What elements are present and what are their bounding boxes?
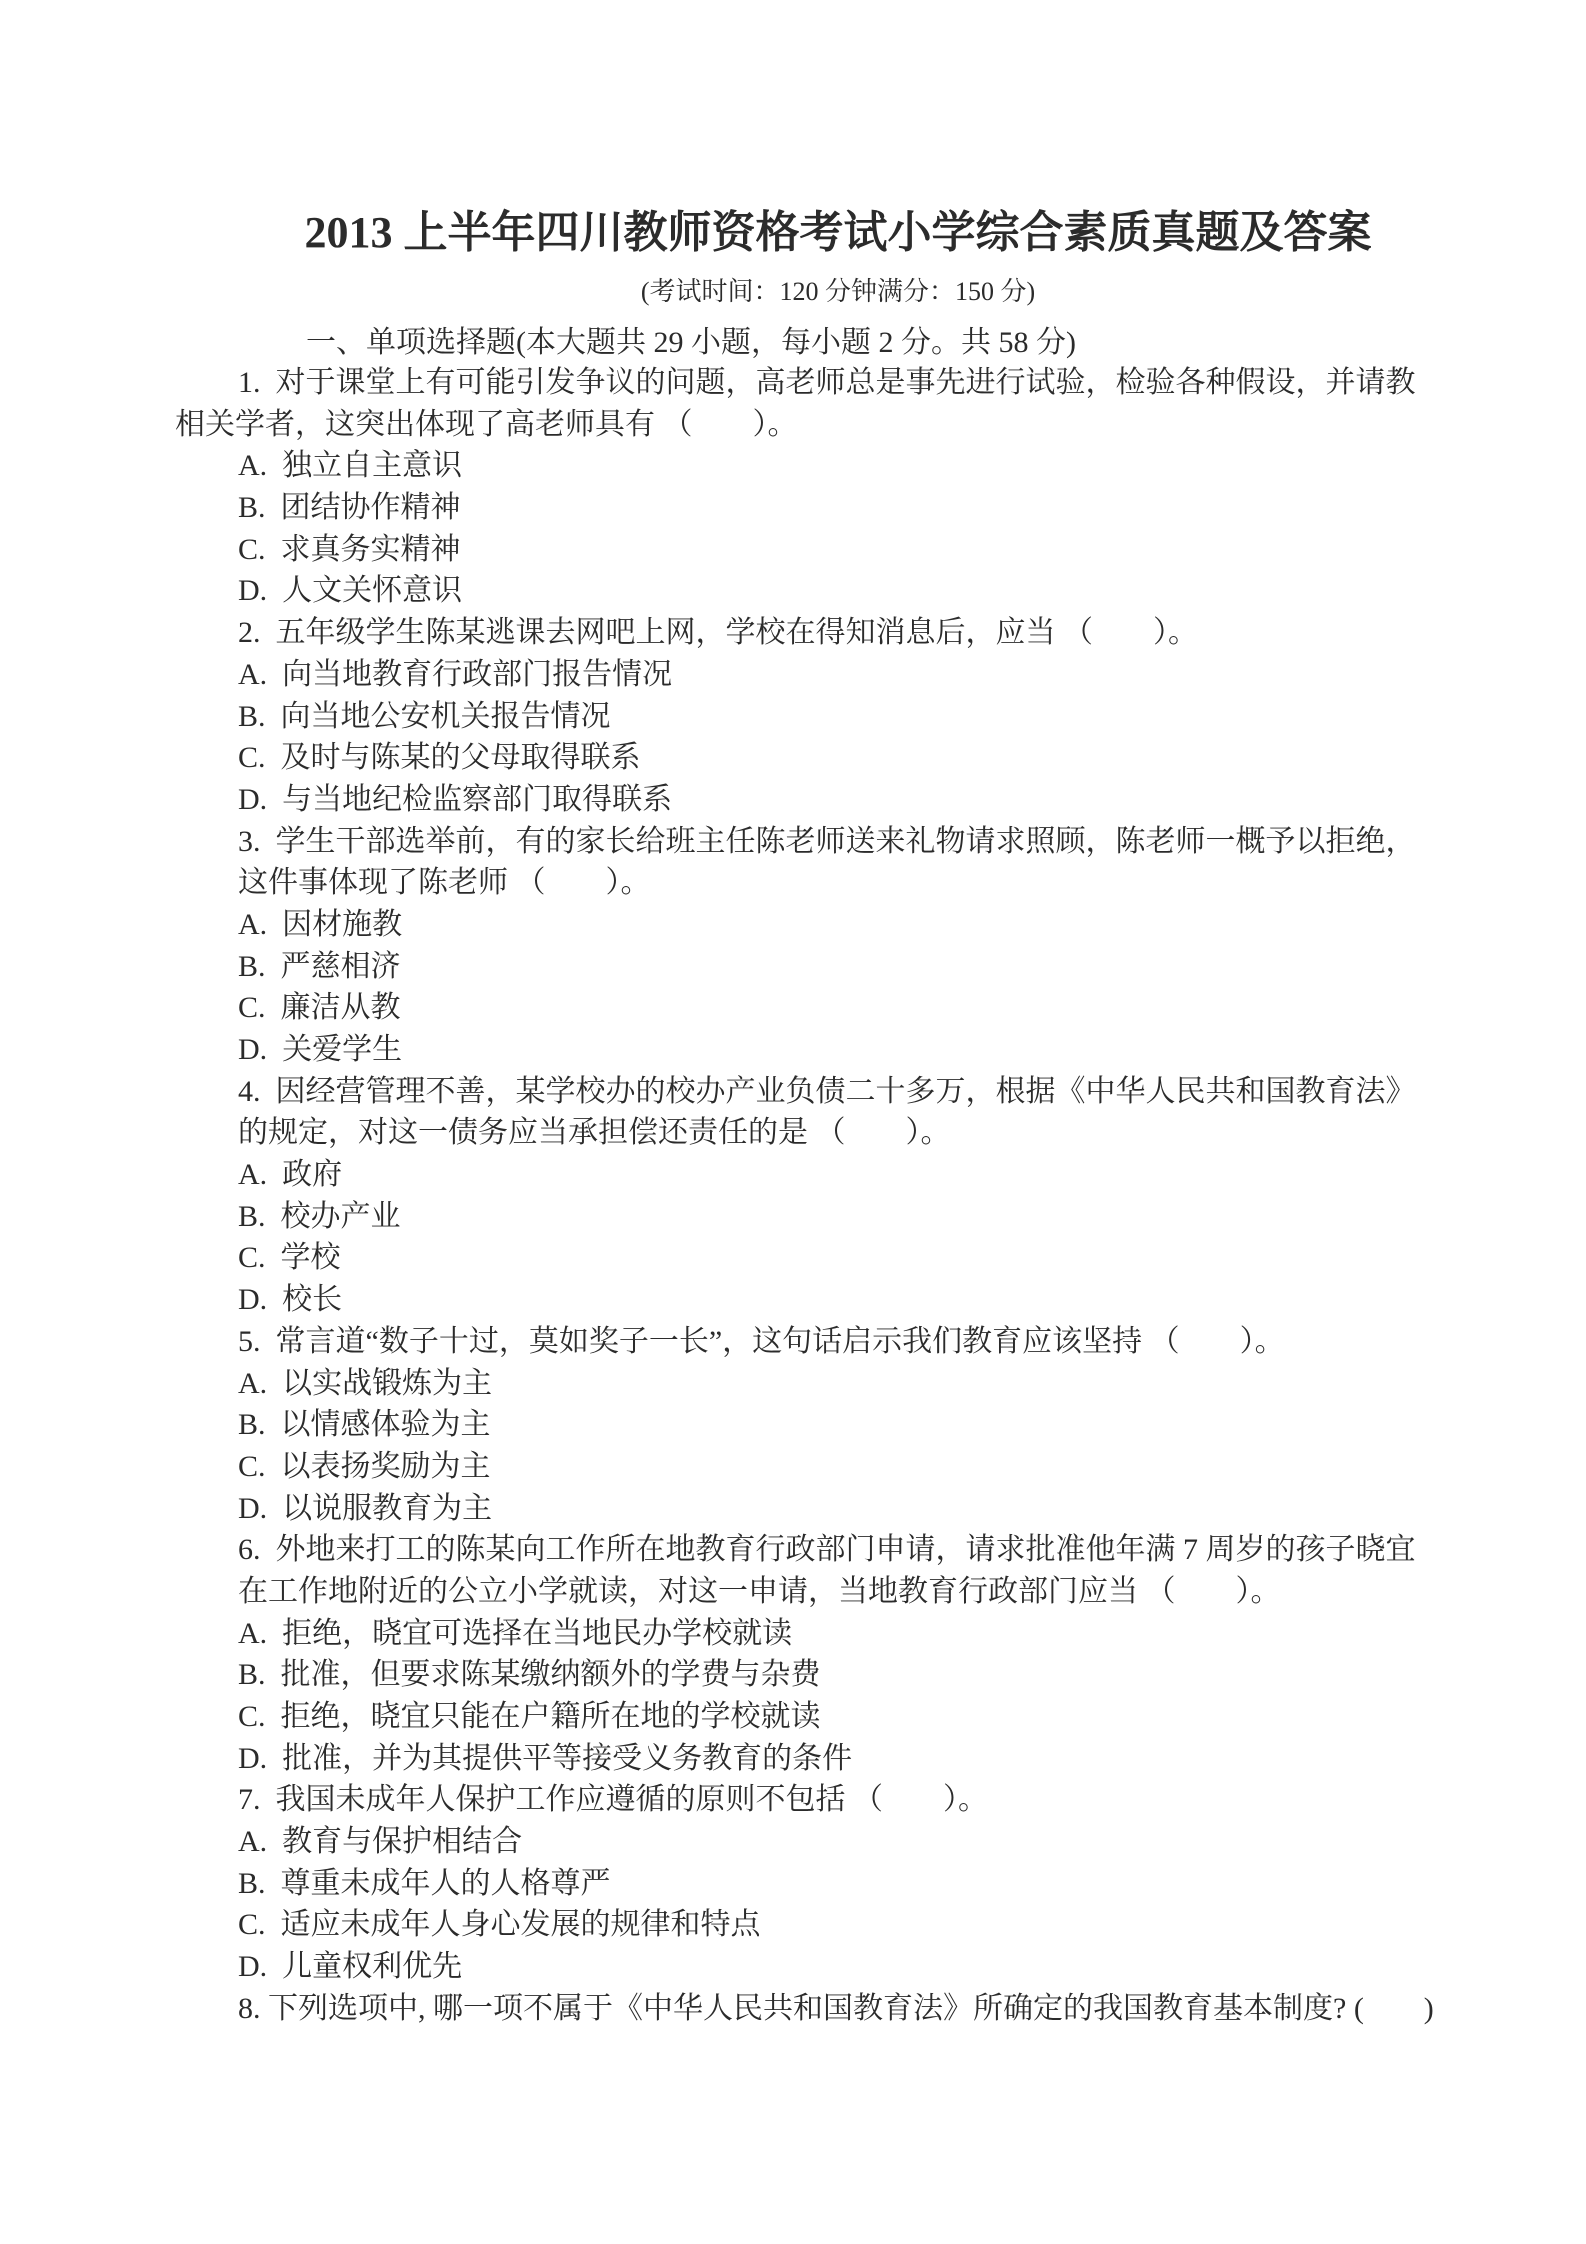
question-6-line-1: 6. 外地来打工的陈某向工作所在地教育行政部门申请，请求批准他年满 7 周岁的孩… xyxy=(0,1529,1586,1571)
question-6: 6. 外地来打工的陈某向工作所在地教育行政部门申请，请求批准他年满 7 周岁的孩… xyxy=(0,1529,1586,1779)
question-1-line-2: 相关学者，这突出体现了高老师具有 （ ）。 xyxy=(0,404,1586,446)
question-4-option-D: D. 校长 xyxy=(0,1279,1586,1321)
question-7-line-1: 7. 我国未成年人保护工作应遵循的原则不包括 （ ）。 xyxy=(0,1779,1586,1821)
question-4-option-A: A. 政府 xyxy=(0,1154,1586,1196)
question-5-option-C: C. 以表扬奖励为主 xyxy=(0,1446,1586,1488)
question-2: 2. 五年级学生陈某逃课去网吧上网，学校在得知消息后，应当 （ ）。A. 向当地… xyxy=(0,612,1586,820)
question-2-option-B: B. 向当地公安机关报告情况 xyxy=(0,696,1586,738)
exam-page: 2013 上半年四川教师资格考试小学综合素质真题及答案 (考试时间：120 分钟… xyxy=(0,0,1586,2244)
question-7-option-B: B. 尊重未成年人的人格尊严 xyxy=(0,1863,1586,1905)
question-8: 8. 下列选项中, 哪一项不属于《中华人民共和国教育法》所确定的我国教育基本制度… xyxy=(0,1988,1586,2030)
question-8-line-1: 8. 下列选项中, 哪一项不属于《中华人民共和国教育法》所确定的我国教育基本制度… xyxy=(0,1988,1586,2030)
question-6-option-D: D. 批准，并为其提供平等接受义务教育的条件 xyxy=(0,1738,1586,1780)
question-7-option-D: D. 儿童权利优先 xyxy=(0,1946,1586,1988)
question-7-option-C: C. 适应未成年人身心发展的规律和特点 xyxy=(0,1904,1586,1946)
question-3-line-2: 这件事体现了陈老师 （ ）。 xyxy=(0,862,1586,904)
question-5-option-B: B. 以情感体验为主 xyxy=(0,1404,1586,1446)
question-5: 5. 常言道“数子十过，莫如奖子一长”，这句话启示我们教育应该坚持 （ ）。A.… xyxy=(0,1321,1586,1529)
question-1-option-B: B. 团结协作精神 xyxy=(0,487,1586,529)
question-4-option-C: C. 学校 xyxy=(0,1237,1586,1279)
question-7: 7. 我国未成年人保护工作应遵循的原则不包括 （ ）。A. 教育与保护相结合B.… xyxy=(0,1779,1586,1987)
question-5-option-A: A. 以实战锻炼为主 xyxy=(0,1363,1586,1405)
question-6-line-2: 在工作地附近的公立小学就读，对这一申请，当地教育行政部门应当 （ ）。 xyxy=(0,1571,1586,1613)
question-7-option-A: A. 教育与保护相结合 xyxy=(0,1821,1586,1863)
exam-title: 2013 上半年四川教师资格考试小学综合素质真题及答案 xyxy=(238,203,1438,263)
question-3: 3. 学生干部选举前，有的家长给班主任陈老师送来礼物请求照顾，陈老师一概予以拒绝… xyxy=(0,821,1586,1071)
question-list: 1. 对于课堂上有可能引发争议的问题，高老师总是事先进行试验，检验各种假设，并请… xyxy=(0,362,1586,2030)
question-2-line-1: 2. 五年级学生陈某逃课去网吧上网，学校在得知消息后，应当 （ ）。 xyxy=(0,612,1586,654)
question-4-line-1: 4. 因经营管理不善，某学校办的校办产业负债二十多万，根据《中华人民共和国教育法… xyxy=(0,1071,1586,1113)
section-heading: 一、单项选择题(本大题共 29 小题，每小题 2 分。共 58 分) xyxy=(306,322,1076,364)
question-1-option-A: A. 独立自主意识 xyxy=(0,445,1586,487)
question-3-option-A: A. 因材施教 xyxy=(0,904,1586,946)
question-3-option-B: B. 严慈相济 xyxy=(0,946,1586,988)
question-4: 4. 因经营管理不善，某学校办的校办产业负债二十多万，根据《中华人民共和国教育法… xyxy=(0,1071,1586,1321)
question-2-option-D: D. 与当地纪检监察部门取得联系 xyxy=(0,779,1586,821)
question-1: 1. 对于课堂上有可能引发争议的问题，高老师总是事先进行试验，检验各种假设，并请… xyxy=(0,362,1586,612)
question-2-option-C: C. 及时与陈某的父母取得联系 xyxy=(0,737,1586,779)
question-4-line-2: 的规定，对这一债务应当承担偿还责任的是 （ ）。 xyxy=(0,1112,1586,1154)
question-3-option-C: C. 廉洁从教 xyxy=(0,987,1586,1029)
question-6-option-C: C. 拒绝，晓宜只能在户籍所在地的学校就读 xyxy=(0,1696,1586,1738)
question-3-option-D: D. 关爱学生 xyxy=(0,1029,1586,1071)
question-1-option-C: C. 求真务实精神 xyxy=(0,529,1586,571)
question-1-option-D: D. 人文关怀意识 xyxy=(0,570,1586,612)
exam-subtitle: (考试时间：120 分钟满分：150 分) xyxy=(238,272,1438,312)
question-6-option-B: B. 批准，但要求陈某缴纳额外的学费与杂费 xyxy=(0,1654,1586,1696)
question-2-option-A: A. 向当地教育行政部门报告情况 xyxy=(0,654,1586,696)
question-1-line-1: 1. 对于课堂上有可能引发争议的问题，高老师总是事先进行试验，检验各种假设，并请… xyxy=(0,362,1586,404)
question-5-option-D: D. 以说服教育为主 xyxy=(0,1488,1586,1530)
question-6-option-A: A. 拒绝，晓宜可选择在当地民办学校就读 xyxy=(0,1613,1586,1655)
question-5-line-1: 5. 常言道“数子十过，莫如奖子一长”，这句话启示我们教育应该坚持 （ ）。 xyxy=(0,1321,1586,1363)
question-4-option-B: B. 校办产业 xyxy=(0,1196,1586,1238)
question-3-line-1: 3. 学生干部选举前，有的家长给班主任陈老师送来礼物请求照顾，陈老师一概予以拒绝… xyxy=(0,821,1586,863)
